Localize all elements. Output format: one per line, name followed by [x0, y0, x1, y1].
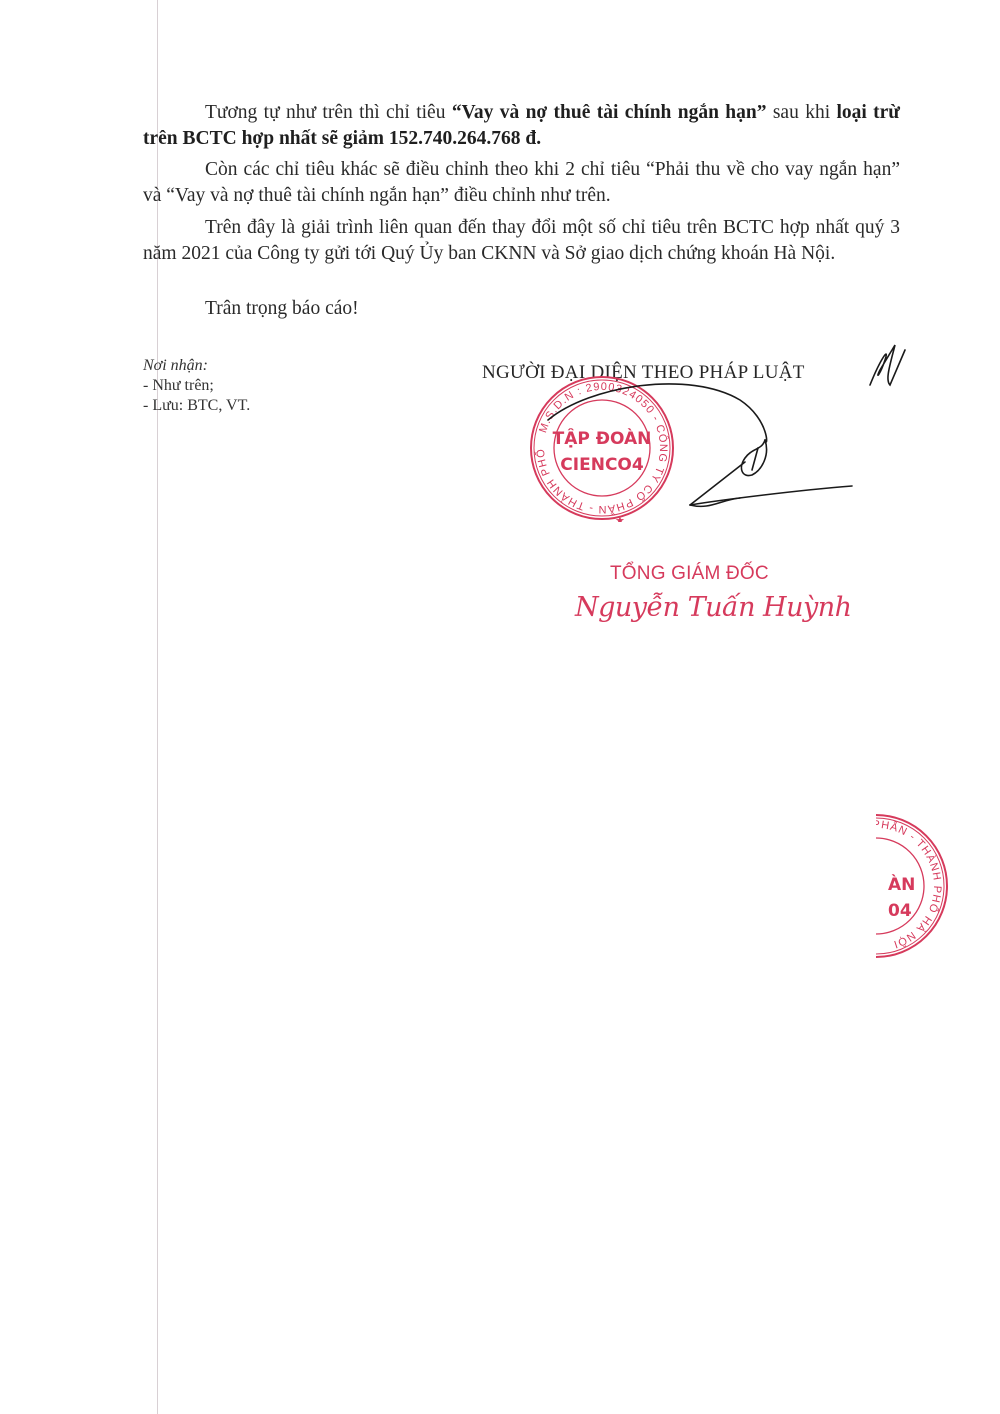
recipient-item: - Như trên; — [143, 376, 250, 396]
stamp-line2: CIENCO4 — [560, 455, 644, 475]
company-stamp: M.S.D.N : 2900324050 - CÔNG TY CỔ PHẦN -… — [528, 374, 676, 522]
signer-name: Nguyễn Tuấn Huỳnh — [575, 592, 852, 623]
paragraph-short-term-loans: Tương tự như trên thì chỉ tiêu “Vay và n… — [143, 100, 900, 152]
stamp-line1: TẬP ĐOÀN — [553, 427, 652, 449]
handwritten-signature — [0, 0, 1000, 1414]
highlight-term: “Vay và nợ thuê tài chính ngắn hạn” — [452, 102, 767, 123]
recipient-item: - Lưu: BTC, VT. — [143, 396, 250, 416]
recipients-block: Nơi nhận: - Như trên; - Lưu: BTC, VT. — [143, 356, 250, 416]
position-title: TỔNG GIÁM ĐỐC — [610, 563, 769, 585]
paragraph-text: Còn các chỉ tiêu khác sẽ điều chỉnh theo… — [143, 159, 900, 206]
svg-text:★: ★ — [615, 515, 625, 522]
paragraph-closing: Trân trọng báo cáo! — [143, 296, 900, 322]
paragraph-text: Trân trọng báo cáo! — [205, 298, 359, 319]
svg-text:ÀN: ÀN — [888, 873, 915, 895]
recipients-title: Nơi nhận: — [143, 356, 250, 376]
partial-stamp: PHẦN - THÀNH PHỐ HÀ NỘI ÀN 04 — [802, 812, 950, 960]
svg-text:04: 04 — [888, 901, 912, 921]
paragraph-text: sau khi — [766, 102, 836, 123]
scan-margin-line — [157, 0, 158, 1414]
paragraph-text: Trên đây là giải trình liên quan đến tha… — [143, 217, 900, 264]
paragraph-explanation: Trên đây là giải trình liên quan đến tha… — [143, 215, 900, 267]
paragraph-other-items: Còn các chỉ tiêu khác sẽ điều chỉnh theo… — [143, 157, 900, 209]
paragraph-text: Tương tự như trên thì chỉ tiêu — [205, 102, 452, 123]
